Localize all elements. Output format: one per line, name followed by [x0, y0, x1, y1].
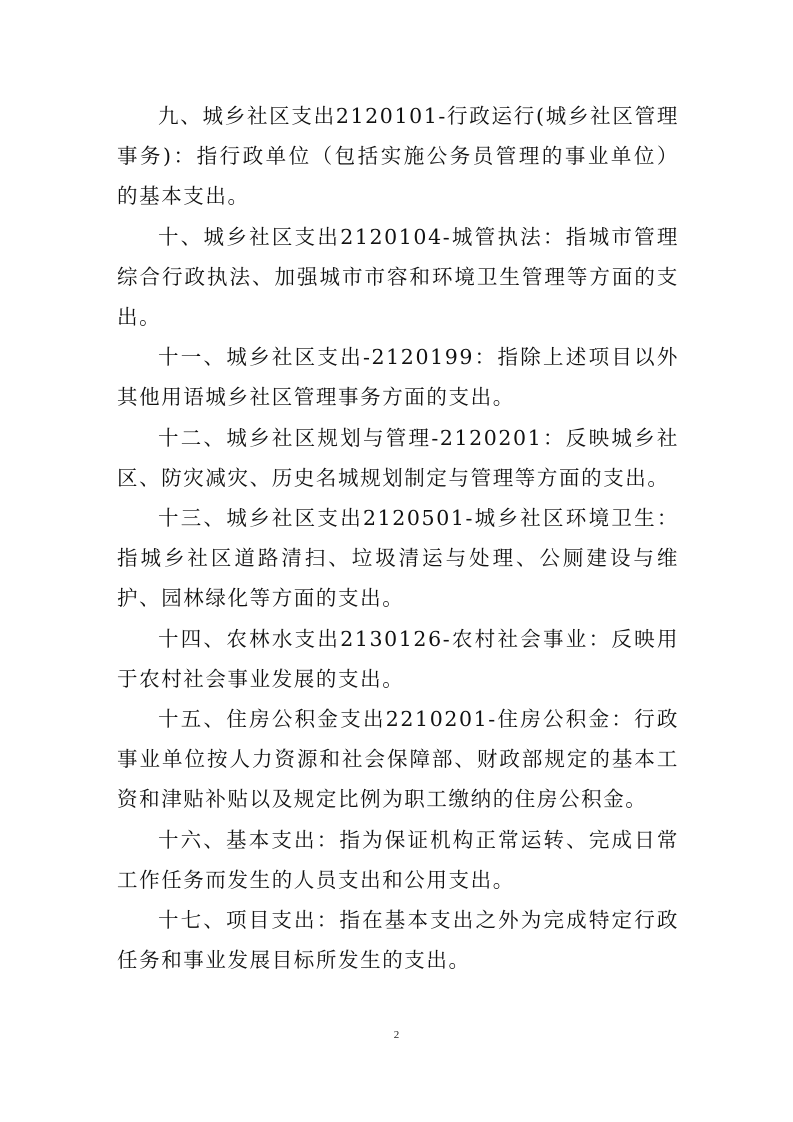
paragraph-16: 十六、基本支出：指为保证机构正常运转、完成日常工作任务而发生的人员支出和公用支出…	[117, 820, 679, 900]
paragraph-13: 十三、城乡社区支出2120501-城乡社区环境卫生：指城乡社区道路清扫、垃圾清运…	[117, 498, 679, 619]
paragraph-12: 十二、城乡社区规划与管理-2120201：反映城乡社区、防灾减灾、历史名城规划制…	[117, 418, 679, 498]
document-body: 九、城乡社区支出2120101-行政运行(城乡社区管理事务)：指行政单位（包括实…	[117, 96, 679, 980]
paragraph-11: 十一、城乡社区支出-2120199：指除上述项目以外其他用语城乡社区管理事务方面…	[117, 337, 679, 417]
paragraph-15: 十五、住房公积金支出2210201-住房公积金：行政事业单位按人力资源和社会保障…	[117, 699, 679, 820]
paragraph-14: 十四、农林水支出2130126-农村社会事业：反映用于农村社会事业发展的支出。	[117, 619, 679, 699]
paragraph-10: 十、城乡社区支出2120104-城管执法：指城市管理综合行政执法、加强城市市容和…	[117, 217, 679, 338]
paragraph-17: 十七、项目支出：指在基本支出之外为完成特定行政任务和事业发展目标所发生的支出。	[117, 900, 679, 980]
page-number: 2	[0, 1029, 793, 1041]
paragraph-9: 九、城乡社区支出2120101-行政运行(城乡社区管理事务)：指行政单位（包括实…	[117, 96, 679, 217]
